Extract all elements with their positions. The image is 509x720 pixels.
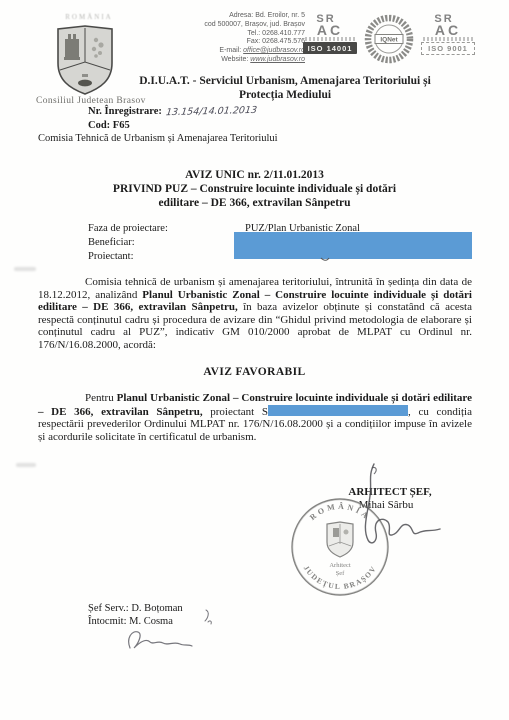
certification-logos: SR AC ISO 14001 IQNet SR AC ISO 9001 xyxy=(303,14,475,66)
srac-iso14001-logo: SR AC ISO 14001 xyxy=(303,14,357,54)
fax-line: Fax: 0268.475.576 xyxy=(138,38,305,47)
iqnet-ring-icon: IQNet xyxy=(364,14,414,64)
p2-text: Pentru xyxy=(85,392,117,404)
certificate-small-text xyxy=(305,37,355,41)
verdict-heading: AVIZ FAVORABIL xyxy=(2,366,507,378)
iso-9001-badge: ISO 9001 xyxy=(421,42,475,55)
registration-row: Nr. Înregistrare:13.154/14.01.2013 xyxy=(88,106,257,117)
scan-smudge xyxy=(16,463,36,467)
srac-iso9001-logo: SR AC ISO 9001 xyxy=(421,14,475,55)
intocmit-signature-ink xyxy=(122,626,197,658)
country-label: ROMÂNIA xyxy=(57,13,121,21)
document-title: AVIZ UNIC nr. 2/11.01.2013 PRIVIND PUZ –… xyxy=(2,168,507,211)
website-address: www.judbrasov.ro xyxy=(250,56,305,63)
srac-logo-text: AC xyxy=(303,24,357,36)
proiectant-label: Proiectant: xyxy=(88,251,134,262)
redaction-box-beneficiar xyxy=(234,232,472,259)
certificate-small-text xyxy=(423,37,473,41)
cod-row: Cod: F65 xyxy=(88,120,130,131)
iqnet-label: IQNet xyxy=(380,36,398,43)
email-label: E-mail: xyxy=(219,47,241,54)
initial-pen-mark xyxy=(196,608,218,628)
website-label: Website: xyxy=(221,56,248,63)
beneficiar-label: Beneficiar: xyxy=(88,237,135,248)
department-line: D.I.U.A.T. - Serviciul Urbanism, Amenaja… xyxy=(90,74,480,88)
redaction-box-proiectant xyxy=(268,405,408,416)
p2-text: proiectant S xyxy=(203,406,268,418)
email-address: office@judbrasov.ro xyxy=(243,47,305,54)
registration-number-handwritten: 13.154/14.01.2013 xyxy=(165,105,257,118)
title-line2: PRIVIND PUZ – Construire locuinte indivi… xyxy=(2,182,507,196)
address-block: Adresa: Bd. Eroilor, nr. 5 cod 500007, B… xyxy=(138,12,305,65)
iqnet-logo: IQNet xyxy=(364,14,414,64)
iso-14001-badge: ISO 14001 xyxy=(303,42,357,54)
title-line3: edilitare – DE 366, extravilan Sânpetru xyxy=(2,196,507,210)
stray-pen-mark xyxy=(320,257,330,262)
department-line: Protecția Mediului xyxy=(90,88,480,102)
body-paragraph-1: Comisia tehnică de urbanism și amenajare… xyxy=(38,276,472,352)
faza-label: Faza de proiectare: xyxy=(88,223,168,234)
phone-line: Tel.: 0268.410.777 xyxy=(138,30,305,39)
department-heading: D.I.U.A.T. - Serviciul Urbanism, Amenaja… xyxy=(90,74,480,102)
address-line: Adresa: Bd. Eroilor, nr. 5 xyxy=(138,12,305,21)
registration-label: Nr. Înregistrare: xyxy=(88,106,162,117)
srac-logo-text: AC xyxy=(421,24,475,36)
architect-signature-ink xyxy=(328,462,458,572)
scan-smudge xyxy=(14,267,36,271)
email-line: E-mail: office@judbrasov.ro xyxy=(138,47,305,56)
body-paragraph-2: Pentru Planul Urbanistic Zonal – Constru… xyxy=(38,392,472,443)
title-line1: AVIZ UNIC nr. 2/11.01.2013 xyxy=(2,168,507,182)
committee-row: Comisia Tehnică de Urbanism și Amenajare… xyxy=(38,133,278,144)
document-page: ROMÂNIA Consiliul Judetean Brasov Adresa… xyxy=(0,0,509,720)
address-line: cod 500007, Brașov, jud. Brașov xyxy=(138,21,305,30)
website-line: Website: www.judbrasov.ro xyxy=(138,56,305,65)
sef-serviciu-line: Șef Serv.: D. Boțoman xyxy=(88,603,183,614)
